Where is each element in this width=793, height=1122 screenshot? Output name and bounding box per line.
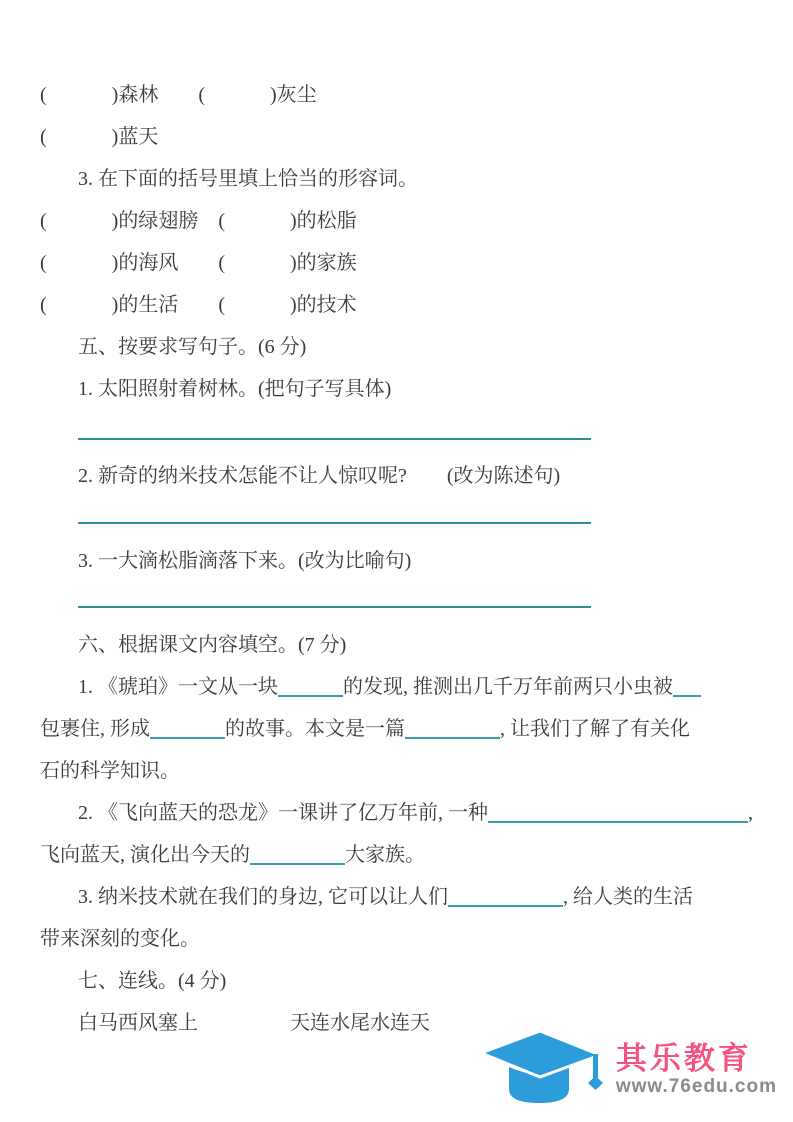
question-segment: 的故事。本文是一篇 [225,718,405,740]
question-segment: 大家族。 [345,844,425,866]
worksheet-content: ( )森林 ( )灰尘 ( )蓝天 3. 在下面的括号里填上恰当的形容词。 ( … [0,0,793,1044]
answer-write-line [78,582,591,608]
brand-text-block: 其乐教育 www.76edu.com [616,1041,777,1098]
question-text: 带来深刻的变化。 [40,918,755,960]
question-text: 飞向蓝天, 演化出今天的大家族。 [40,834,755,876]
fill-in-blank [278,675,343,697]
answer-write-line [78,410,591,440]
question-text: 1. 《琥珀》一文从一块的发现, 推测出几千万年前两只小虫被 [40,666,755,708]
bracket-fill-row: ( )森林 ( )灰尘 [40,74,755,116]
question-segment: 的发现, 推测出几千万年前两只小虫被 [343,676,673,698]
section-title-6: 六、根据课文内容填空。(7 分) [40,624,755,666]
question-text: 2. 新奇的纳米技术怎能不让人惊叹呢? (改为陈述句) [40,455,755,497]
question-text: 包裹住, 形成的故事。本文是一篇, 让我们了解了有关化 [40,708,755,750]
fill-in-blank [405,717,500,739]
graduation-cap-icon [473,1023,608,1116]
question-text: 3. 纳米技术就在我们的身边, 它可以让人们, 给人类的生活 [40,876,755,918]
section-title-5: 五、按要求写句子。(6 分) [40,326,755,368]
answer-write-line [78,497,591,524]
fill-in-blank [488,801,748,823]
bracket-fill-row: ( )的绿翅膀 ( )的松脂 [40,200,755,242]
brand-name: 其乐教育 [616,1041,752,1077]
fill-in-blank [673,675,701,697]
bracket-fill-row: ( )的生活 ( )的技术 [40,284,755,326]
question-text: 1. 太阳照射着树林。(把句子写具体) [40,368,755,410]
question-segment: , 给人类的生活 [563,886,693,908]
question-segment: , [748,802,753,824]
bracket-fill-row: ( )的海风 ( )的家族 [40,242,755,284]
match-right-item: 天连水尾水连天 [290,1012,430,1034]
fill-in-blank [150,717,225,739]
question-segment: 包裹住, 形成 [40,718,150,740]
question-title: 3. 在下面的括号里填上恰当的形容词。 [40,158,755,200]
question-segment: , 让我们了解了有关化 [500,718,690,740]
question-segment: 2. 《飞向蓝天的恐龙》一课讲了亿万年前, 一种 [78,802,488,824]
question-text: 石的科学知识。 [40,750,755,792]
question-text: 3. 一大滴松脂滴落下来。(改为比喻句) [40,540,755,582]
section-title-7: 七、连线。(4 分) [40,960,755,1002]
question-segment: 飞向蓝天, 演化出今天的 [40,844,250,866]
worksheet-page: ( )森林 ( )灰尘 ( )蓝天 3. 在下面的括号里填上恰当的形容词。 ( … [0,0,793,1122]
question-segment: 3. 纳米技术就在我们的身边, 它可以让人们 [78,886,448,908]
fill-in-blank [448,885,563,907]
fill-in-blank [250,843,345,865]
brand-watermark: 其乐教育 www.76edu.com [473,1023,777,1116]
question-segment: 1. 《琥珀》一文从一块 [78,676,278,698]
brand-website: www.76edu.com [616,1077,777,1098]
question-text: 2. 《飞向蓝天的恐龙》一课讲了亿万年前, 一种, [40,792,755,834]
bracket-fill-row: ( )蓝天 [40,116,755,158]
match-left-item: 白马西风塞上 [78,1012,198,1034]
